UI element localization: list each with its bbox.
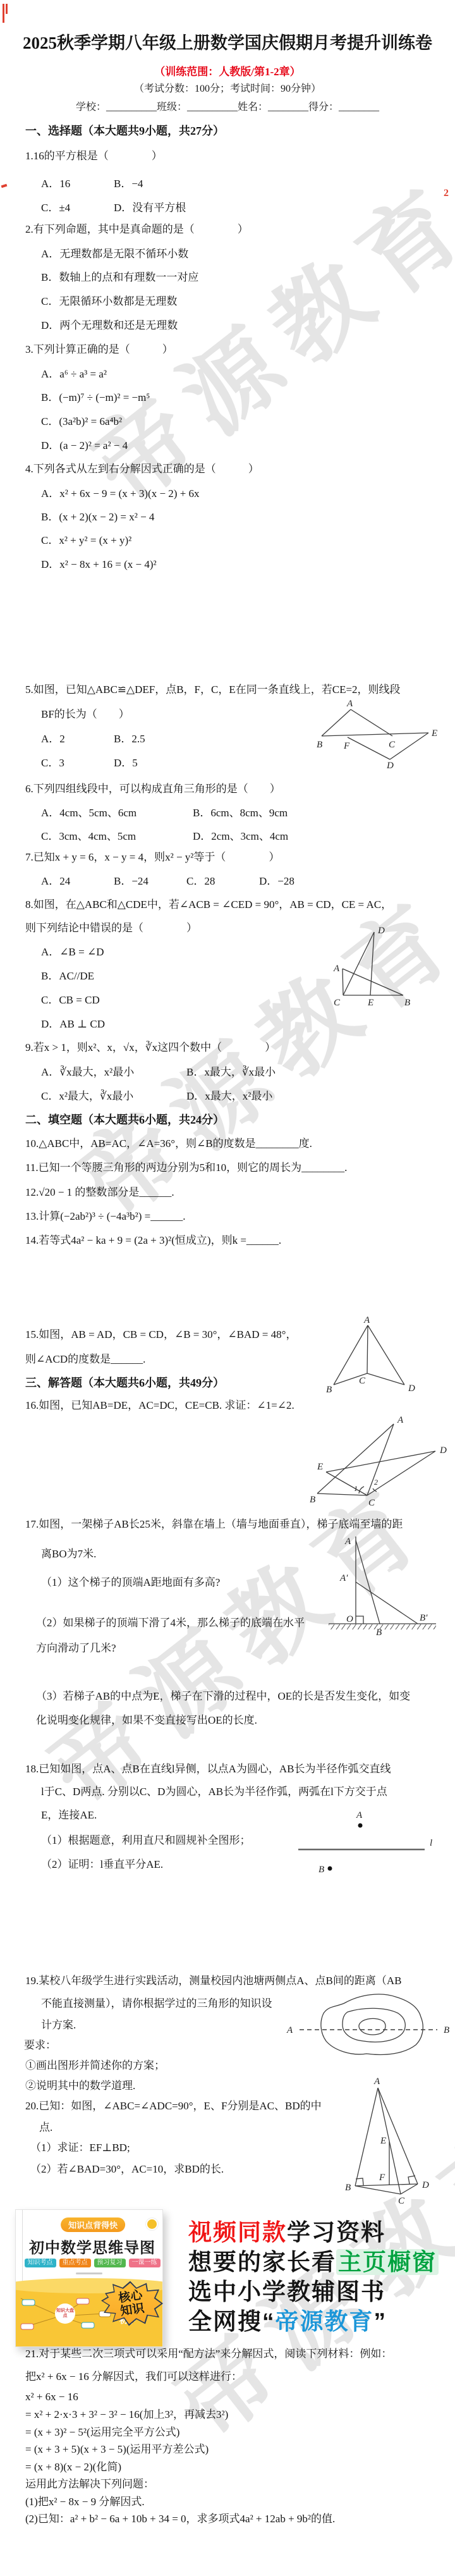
section-two-heading: 二、填空题（本大题共6小题，共24分） <box>25 1113 224 1127</box>
q17-label-a: A <box>344 1536 351 1547</box>
q16-figure-crossing-triangles: A D E B C 1 2 <box>306 1415 448 1507</box>
q8-label-e: E <box>367 998 373 1007</box>
q8-label-d: D <box>377 926 385 936</box>
q11-text: 11.已知一个等腰三角形的两边分别为5和10，则它的周长为________. <box>25 1161 347 1174</box>
q8-option-c: C．CB = CD <box>41 993 100 1007</box>
q2-option-a: A．无理数都是无限不循环小数 <box>41 247 188 261</box>
q21-equation-4: = (x + 3 + 5)(x + 3 − 5)(运用平方差公式) <box>25 2443 209 2456</box>
q9-text: 9.若x > 1，则x²、x，√x，∛x这四个数中（ ） <box>25 1041 276 1054</box>
book-editor-line <box>76 2272 102 2274</box>
q7-option-c: C．28 <box>186 874 215 888</box>
q8-label-a: A <box>333 964 340 974</box>
q17-label-o: O <box>346 1614 353 1624</box>
ad-line4-quote-open: “ <box>262 2309 276 2334</box>
q18-label-a: A <box>356 1810 363 1820</box>
ad-book-cover: 知识点背得快 初中数学思维导图 知识考点 重点考点 预习复习 一课一练 <box>15 2209 163 2347</box>
q15-label-d: D <box>408 1383 415 1394</box>
q18-figure-points-and-line: A l B <box>289 1805 451 1878</box>
red-edge-mark <box>1 184 8 188</box>
exam-scope: （训练范围：人教版/第1-2章） <box>0 65 455 78</box>
q5-label-f: F <box>343 741 350 751</box>
q20-text-line2: 点. <box>39 2121 52 2134</box>
q15-text-line2: 则∠ACD的度数是______. <box>25 1352 145 1366</box>
q17-label-a2: A′ <box>339 1573 348 1583</box>
q6-text: 6.下列四组线段中，可以构成直角三角形的是（ ） <box>25 782 281 795</box>
book-tag: 预习复习 <box>94 2259 126 2267</box>
q20-text-line1: 20.已知：如图，∠ABC=∠ADC=90°，E、F分别是AC、BD的中 <box>25 2099 322 2113</box>
q4-option-d: D．x² − 8x + 16 = (x − 4)² <box>41 558 157 571</box>
q2-option-b: B．数轴上的点和有理数一一对应 <box>41 271 198 284</box>
q15-label-a: A <box>363 1315 370 1325</box>
q20-figure-tall-triangle: A E F B D C <box>336 2074 437 2205</box>
q5-text-line1: 5.如图，已知△ABC≌△DEF，点B，F，C，E在同一条直线上，若CE=2，则… <box>25 683 401 696</box>
q17-figure-ladder-wall: A A′ O B B′ <box>326 1530 440 1639</box>
ad-line4-blue: 帝源教育 <box>276 2309 374 2334</box>
q19-requirements: 要求： <box>24 2039 56 2052</box>
q3-option-b: B．(−m)⁷ ÷ (−m)² = −m⁵ <box>41 391 150 404</box>
red-edge-mark <box>6 4 8 14</box>
q21-part1: (1)把x² − 8x − 9 分解因式. <box>25 2495 145 2508</box>
ad-line-3: 选中小学教辅图书 <box>188 2272 385 2307</box>
q1-option-d: D．没有平方根 <box>114 201 186 214</box>
book-tags: 知识考点 重点考点 预习复习 一课一练 <box>22 2259 162 2267</box>
q21-text-line2: 把x² + 6x − 16 分解因式，我们可以这样进行： <box>25 2370 242 2383</box>
q6-option-a: A．4cm、5cm、6cm <box>41 806 136 819</box>
q5-option-d: D．5 <box>114 756 138 770</box>
q15-label-b: B <box>326 1385 332 1394</box>
q20-part1: （1）求证：EF⊥BD; <box>30 2141 130 2154</box>
q8-option-d: D．AB ⊥ CD <box>41 1017 105 1031</box>
book-center-circle: 知识大盘点 <box>55 2303 75 2324</box>
q10-text: 10.△ABC中，AB=AC，∠A=36°，则∠B的度数是________度. <box>25 1137 312 1150</box>
q21-equation-2: = x² + 2·x·3 + 3² − 3² − 16(加上3²，再减去3²) <box>25 2408 228 2421</box>
q5-label-d: D <box>386 761 394 769</box>
q1-option-a: A．16 <box>41 177 70 190</box>
q17-part2-line2: 方向滑动了几米? <box>36 1641 116 1655</box>
q1-text: 1.16的平方根是（ ） <box>25 149 162 163</box>
q17-text-line1: 17.如图，一架梯子AB长25米，斜靠在墙上（墙与地面垂直），梯子底端至墙的距 <box>25 1518 403 1531</box>
q17-label-b2: B′ <box>420 1613 428 1623</box>
q7-option-d: D．−28 <box>259 874 294 888</box>
q20-label-f: F <box>379 2173 385 2183</box>
exam-paper-page: 帝源教育 帝源教育 帝源教育 帝源教育 2 2025秋季学期八年级上册数学国庆假… <box>0 0 455 2576</box>
book-title: 初中数学思维导图 <box>22 2235 162 2257</box>
q16-label-b: B <box>310 1495 315 1505</box>
q3-option-c: C．(3a²b)² = 6a⁴b² <box>41 415 122 428</box>
q17-part1: （1）这个梯子的顶端A距地面有多高? <box>41 1576 220 1589</box>
red-edge-mark <box>3 4 4 23</box>
q21-equation-3: = (x + 3)² − 5²(运用完全平方公式) <box>25 2426 179 2439</box>
q17-part3-line2: 化说明变化规律，如果不变直接写出OE的长度. <box>36 1714 257 1727</box>
q18-part2: （2）证明：l垂直平分AE. <box>41 1858 163 1871</box>
q21-equation-5: = (x + 8)(x − 2)(化简) <box>25 2460 121 2474</box>
q17-part3-line1: （3）若梯子AB的中点为E，梯子在下滑的过程中，OE的长是否发生变化，如变 <box>36 1690 410 1703</box>
q4-option-a: A．x² + 6x − 9 = (x + 3)(x − 2) + 6x <box>41 487 200 500</box>
q16-angle-1: 1 <box>354 1484 358 1493</box>
q18-text-line1: 18.已知如图，点A、点B在直线l异侧，以点A为圆心，AB长为半径作弧交直线 <box>25 1762 391 1776</box>
q9-option-c: C．x²最大，∛x最小 <box>41 1089 133 1103</box>
q7-text: 7.已知x + y = 6，x − y = 4，则x² − y²等于（ ） <box>25 850 279 864</box>
q15-label-c: C <box>359 1376 366 1386</box>
q16-label-d: D <box>439 1445 447 1456</box>
q16-text: 16.如图，已知AB=DE，AC=DC，CE=CB. 求证：∠1=∠2. <box>25 1399 294 1412</box>
q5-label-c: C <box>389 740 396 750</box>
q12-text: 12.√20 − 1 的整数部分是______. <box>25 1186 174 1199</box>
q15-figure-kite: A C B D <box>322 1315 417 1394</box>
q9-option-a: A．∛x最大，x²最小 <box>41 1065 134 1079</box>
book-tag: 一课一练 <box>129 2259 161 2267</box>
red-page-mark: 2 <box>444 187 449 200</box>
book-tag: 重点考点 <box>59 2259 91 2267</box>
q7-option-a: A．24 <box>41 874 70 888</box>
q9-option-d: D．x最大，x²最小 <box>186 1089 272 1103</box>
q5-option-a: A．2 <box>41 732 65 745</box>
q5-text-line2: BF的长为（ ） <box>41 708 130 721</box>
q4-option-b: B．(x + 2)(x − 2) = x² − 4 <box>41 510 154 524</box>
q19-label-a: A <box>286 2025 293 2035</box>
q13-text: 13.计算(−2ab²)³ ÷ (−4a³b²) =______. <box>25 1210 185 1223</box>
q1-option-b: B．−4 <box>114 177 143 190</box>
q19-requirement-2: ②说明其中的数学道理. <box>25 2079 135 2092</box>
q2-text: 2.有下列命题，其中是真命题的是（ ） <box>25 223 248 236</box>
q5-option-b: B．2.5 <box>114 732 145 745</box>
q18-text-line2: l于C、D两点. 分别以C、D为圆心，AB长为半径作弧，两弧在l下方交于点 <box>41 1785 387 1798</box>
q18-text-line3: E，连接AE. <box>41 1808 97 1822</box>
q16-label-a: A <box>397 1415 404 1425</box>
q6-option-d: D．2cm、3cm、4cm <box>193 830 288 843</box>
book-corner-seal-icon <box>146 2218 158 2230</box>
section-three-heading: 三、解答题（本大题共6小题，共49分） <box>25 1376 224 1390</box>
q20-label-e: E <box>380 2136 386 2146</box>
q5-label-b: B <box>317 740 322 750</box>
q19-requirement-1: ①画出图形并简述你的方案； <box>25 2059 165 2072</box>
q21-text-line1: 21.对于某些二次三项式可以采用“配方法”来分解因式，阅读下列材料：例如： <box>25 2347 392 2360</box>
q17-ground-hatching <box>329 1624 436 1629</box>
ad-line2-green: 主页橱窗 <box>336 2249 439 2275</box>
q16-label-c: C <box>368 1498 375 1507</box>
q8-text-line2: 则下列结论中错误的是（ ） <box>25 921 197 935</box>
book-top-badge: 知识点背得快 <box>61 2217 125 2232</box>
badge-text: 核心知识 <box>116 2288 147 2319</box>
q17-part2-line1: （2）如果梯子的顶端下滑了4米，那么梯子的底端在水平 <box>36 1616 305 1629</box>
q19-text-line3: 计方案. <box>41 2018 76 2032</box>
q5-label-a: A <box>346 699 353 709</box>
q8-option-a: A．∠B = ∠D <box>41 945 104 959</box>
q5-figure-congruent-triangles: A B F C E D <box>312 698 438 769</box>
q19-text-line2: 不能直接测量），请你根据学过的三角形的知识设 <box>41 1997 272 2010</box>
q3-text: 3.下列计算正确的是（ ） <box>25 343 173 356</box>
q20-label-b: B <box>345 2183 351 2193</box>
q14-text: 14.若等式4a² − ka + 9 = (2a + 3)²(恒成立)，则k =… <box>25 1234 281 1247</box>
q9-option-b: B．x最大，∛x最小 <box>186 1065 276 1079</box>
q21-equation-1: x² + 6x − 16 <box>25 2390 78 2403</box>
q6-option-b: B．6cm、8cm、9cm <box>193 806 288 819</box>
q20-part2: （2）若∠BAD=30°，AC=10，求BD的长. <box>30 2162 224 2176</box>
q18-label-l: l <box>430 1838 432 1848</box>
exam-meta: （考试分数：100分；考试时间：90分钟） <box>0 83 455 95</box>
q20-label-a: A <box>373 2076 380 2087</box>
q4-text: 4.下列各式从左到右分解因式正确的是（ ） <box>25 462 259 475</box>
q21-apply-text: 运用此方法解决下列问题： <box>25 2477 154 2491</box>
q8-option-b: B．AC//DE <box>41 969 94 983</box>
q6-option-c: C．3cm、4cm、5cm <box>41 830 136 843</box>
q18-label-b: B <box>318 1865 324 1875</box>
q5-option-c: C．3 <box>41 756 64 770</box>
student-info-blanks: 学校：__________班级：__________姓名：________得分：… <box>0 101 455 114</box>
ad-line-4: 全网搜“帝源教育” <box>188 2302 387 2336</box>
book-tag: 知识考点 <box>25 2259 56 2267</box>
q16-angle-2: 2 <box>374 1478 378 1487</box>
q2-option-c: C．无限循环小数都是无理数 <box>41 295 177 308</box>
q8-label-b: B <box>404 998 410 1007</box>
ad-line1-red: 视频同款 <box>188 2219 287 2245</box>
q7-option-b: B．−24 <box>114 874 149 888</box>
q20-label-c: C <box>398 2196 405 2205</box>
q4-option-c: C．x² + y² = (x + y)² <box>41 534 131 547</box>
ad-line4-quote-close: ” <box>374 2309 387 2334</box>
ad-line2-black: 想要的家长看 <box>188 2249 336 2275</box>
q18-part1: （1）根据题意，利用直尺和圆规补全图形； <box>41 1834 251 1847</box>
q16-label-e: E <box>317 1462 323 1472</box>
q15-text-line1: 15.如图，AB = AD，CB = CD，∠B = 30°，∠BAD = 48… <box>25 1328 296 1341</box>
ad-line1-black: 学习资料 <box>287 2219 385 2245</box>
q3-option-a: A．a⁶ ÷ a³ = a² <box>41 367 107 381</box>
q8-figure-right-triangles: D A C E B <box>329 923 420 1007</box>
q8-label-c: C <box>334 998 341 1007</box>
q20-label-d: D <box>422 2180 429 2190</box>
ad-line-2: 想要的家长看主页橱窗 <box>188 2243 439 2277</box>
q5-label-e: E <box>431 728 437 739</box>
section-one-heading: 一、选择题（本大题共9小题，共27分） <box>25 124 224 138</box>
q2-option-d: D．两个无理数和还是无理数 <box>41 319 178 332</box>
q19-label-b: B <box>444 2025 449 2035</box>
ad-line-1: 视频同款学习资料 <box>188 2213 385 2247</box>
q19-figure-pond: A B <box>284 1985 454 2063</box>
q3-option-d: D．(a − 2)² = a² − 4 <box>41 439 128 452</box>
q1-option-c: C．±4 <box>41 201 70 214</box>
ad-line4-black: 全网搜 <box>188 2309 262 2334</box>
q21-part2: (2)已知：a² + b² − 6a + 10b + 34 = 0，求多项式4a… <box>25 2512 335 2525</box>
q17-text-line2: 离BO为7米. <box>41 1547 96 1561</box>
q8-text-line1: 8.如图，在△ABC和△CDE中，若∠ACB = ∠CED = 90°，AB =… <box>25 898 392 911</box>
page-title: 2025秋季学期八年级上册数学国庆假期月考提升训练卷 <box>0 33 455 54</box>
